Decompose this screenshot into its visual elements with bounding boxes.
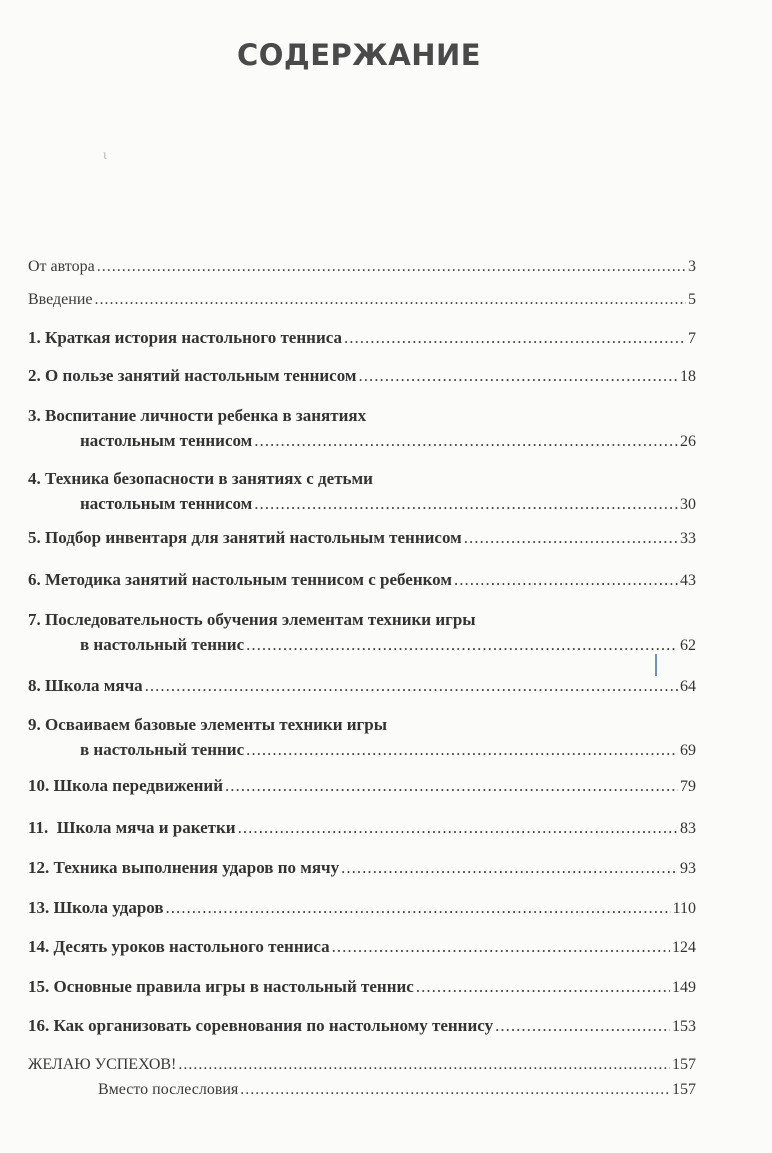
entry-label: Введение: [28, 291, 93, 309]
leader-dots: [254, 494, 678, 514]
toc-entry-chapter-13[interactable]: 13. Школа ударов110: [28, 898, 696, 918]
leader-dots: [178, 1056, 670, 1074]
entry-label-line2: в настольный теннис: [80, 740, 244, 760]
entry-label: 15. Основные правила игры в настольный т…: [28, 977, 414, 997]
toc-entry-chapter-1[interactable]: 1. Краткая история настольного тенниса7: [28, 328, 696, 348]
toc-entry-chapter-10[interactable]: 10. Школа передвижений79: [28, 776, 696, 796]
entry-page: 7: [688, 330, 696, 348]
toc-entry-wish-success[interactable]: ЖЕЛАЮ УСПЕХОВ!157: [28, 1056, 696, 1074]
print-speck: ι: [103, 148, 107, 164]
entry-label-line1: 4. Техника безопасности в занятиях с дет…: [28, 469, 696, 489]
entry-label: 6. Методика занятий настольным теннисом …: [28, 570, 452, 590]
entry-label-line1: 9. Осваиваем базовые элементы техники иг…: [28, 715, 696, 735]
entry-page: 5: [688, 291, 696, 309]
entry-label: 1. Краткая история настольного тенниса: [28, 328, 342, 348]
entry-page: 26: [680, 433, 696, 451]
toc-entry-chapter-7[interactable]: 7. Последовательность обучения элементам…: [28, 610, 696, 655]
entry-label: Вместо послесловия: [98, 1081, 238, 1099]
toc-entry-chapter-11[interactable]: 11. Школа мяча и ракетки83: [28, 818, 696, 838]
leader-dots: [254, 431, 678, 451]
entry-page: 69: [680, 742, 696, 760]
toc-entry-introduction[interactable]: Введение5: [28, 291, 696, 309]
entry-page: 30: [680, 496, 696, 514]
leader-dots: [246, 635, 678, 655]
entry-label: 2. О пользе занятий настольным теннисом: [28, 366, 356, 386]
entry-label-line1: 3. Воспитание личности ребенка в занятия…: [28, 406, 696, 426]
entry-label: 10. Школа передвижений: [28, 776, 223, 796]
leader-dots: [238, 818, 678, 838]
print-mark: [655, 654, 657, 676]
entry-page: 64: [680, 678, 696, 696]
entry-label: 13. Школа ударов: [28, 898, 164, 918]
entry-label: 8. Школа мяча: [28, 676, 143, 696]
toc-entry-chapter-2[interactable]: 2. О пользе занятий настольным теннисом1…: [28, 366, 696, 386]
leader-dots: [495, 1016, 670, 1036]
toc-entry-chapter-6[interactable]: 6. Методика занятий настольным теннисом …: [28, 570, 696, 590]
leader-dots: [225, 776, 678, 796]
toc-entry-chapter-14[interactable]: 14. Десять уроков настольного тенниса124: [28, 937, 696, 957]
entry-page: 33: [680, 530, 696, 548]
leader-dots: [464, 528, 678, 548]
leader-dots: [145, 676, 678, 696]
entry-page: 124: [672, 939, 696, 957]
entry-page: 79: [680, 778, 696, 796]
leader-dots: [240, 1081, 670, 1099]
leader-dots: [341, 858, 678, 878]
entry-label-line2: в настольный теннис: [80, 635, 244, 655]
page-title: СОДЕРЖАНИЕ: [0, 38, 718, 72]
leader-dots: [344, 328, 686, 348]
leader-dots: [358, 366, 678, 386]
entry-label-line2: настольным теннисом: [80, 494, 252, 514]
toc-entry-chapter-9[interactable]: 9. Осваиваем базовые элементы техники иг…: [28, 715, 696, 760]
toc-entry-chapter-8[interactable]: 8. Школа мяча64: [28, 676, 696, 696]
toc-entry-afterword[interactable]: Вместо послесловия157: [28, 1081, 696, 1099]
entry-label: 5. Подбор инвентаря для занятий настольн…: [28, 528, 462, 548]
leader-dots: [166, 898, 671, 918]
entry-page: 157: [672, 1056, 696, 1074]
entry-page: 18: [680, 368, 696, 386]
leader-dots: [332, 937, 670, 957]
entry-page: 83: [680, 820, 696, 838]
leader-dots: [95, 291, 687, 309]
entry-label: ЖЕЛАЮ УСПЕХОВ!: [28, 1056, 176, 1074]
leader-dots: [246, 740, 678, 760]
leader-dots: [416, 977, 670, 997]
toc-entry-chapter-15[interactable]: 15. Основные правила игры в настольный т…: [28, 977, 696, 997]
entry-page: 149: [672, 979, 696, 997]
toc-entry-chapter-4[interactable]: 4. Техника безопасности в занятиях с дет…: [28, 469, 696, 514]
entry-page: 93: [680, 860, 696, 878]
toc-entry-chapter-12[interactable]: 12. Техника выполнения ударов по мячу93: [28, 858, 696, 878]
entry-label: От автора: [28, 258, 95, 276]
toc-entry-from-author[interactable]: От автора3: [28, 258, 696, 276]
entry-label-line2: настольным теннисом: [80, 431, 252, 451]
leader-dots: [97, 258, 686, 276]
toc-entry-chapter-3[interactable]: 3. Воспитание личности ребенка в занятия…: [28, 406, 696, 451]
toc-entry-chapter-16[interactable]: 16. Как организовать соревнования по нас…: [28, 1016, 696, 1036]
leader-dots: [454, 570, 678, 590]
toc-entry-chapter-5[interactable]: 5. Подбор инвентаря для занятий настольн…: [28, 528, 696, 548]
entry-page: 43: [680, 572, 696, 590]
entry-page: 153: [672, 1018, 696, 1036]
entry-page: 62: [680, 637, 696, 655]
entry-label: 16. Как организовать соревнования по нас…: [28, 1016, 493, 1036]
entry-label-line1: 7. Последовательность обучения элементам…: [28, 610, 696, 630]
entry-label: 12. Техника выполнения ударов по мячу: [28, 858, 339, 878]
entry-page: 157: [672, 1081, 696, 1099]
entry-page: 110: [673, 900, 696, 918]
entry-label: 11. Школа мяча и ракетки: [28, 818, 236, 838]
entry-page: 3: [688, 258, 696, 276]
entry-label: 14. Десять уроков настольного тенниса: [28, 937, 330, 957]
